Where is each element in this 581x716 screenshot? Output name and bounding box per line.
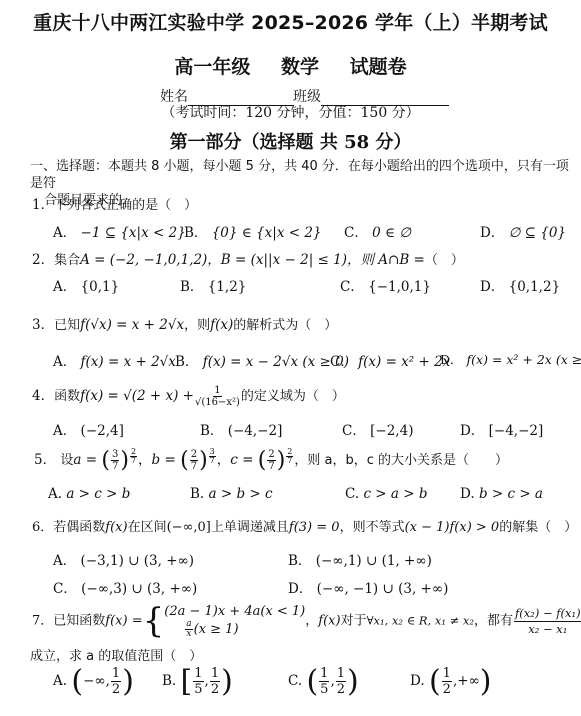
bracket-right: ) [221, 664, 233, 699]
question-text: ，则 [184, 318, 210, 333]
exam-title: 重庆十八中两江实验中学 2025–2026 学年（上）半期考试 [0, 8, 581, 35]
grade-label: 高一年级 [174, 56, 250, 78]
fraction: 12 [210, 666, 220, 697]
question-text: ，则 a，b，c 的大小关系是（ ） [294, 453, 508, 468]
fraction: 1√(16−x²) [195, 385, 240, 408]
question-number: 3． [32, 317, 54, 333]
question-text: 对于 [341, 614, 367, 629]
numerator: 3 [111, 449, 119, 461]
option-text: 0 ∈ ∅ [372, 225, 411, 241]
question-5-option-d[interactable]: D. b > c > a [460, 486, 543, 502]
question-number: 1． [32, 197, 54, 213]
c-base: 27 [267, 449, 275, 472]
question-text: 函数 [54, 389, 80, 404]
bracket-left: ( [71, 664, 83, 699]
question-1-stem: 1．下列各式正确的是（ ） [32, 193, 197, 213]
option-label: B． [288, 553, 311, 569]
denominator: 5 [194, 682, 202, 697]
numerator: 1 [210, 666, 220, 682]
option-label: A． [53, 423, 76, 439]
option-label: C． [330, 354, 354, 370]
question-7-option-b[interactable]: B. [15,12) [162, 664, 233, 699]
option-text: a > b > c [209, 486, 273, 502]
denominator: 2 [112, 682, 120, 697]
question-3-option-c[interactable]: C． f(x) = x² + 2x [330, 350, 450, 370]
answer-blank: （ ） [425, 253, 464, 268]
option-label: B． [200, 423, 223, 439]
option-text: {0,1} [81, 279, 120, 295]
question-number: 5． [34, 452, 56, 468]
option-label: C． [340, 279, 364, 295]
option-text: {−1,0,1} [368, 279, 431, 295]
option-text: −1 ⊆ {x|x < 2} [81, 225, 186, 241]
option-text: ∅ ⊆ {0} [509, 225, 566, 241]
question-text: ，都有 [474, 614, 513, 629]
denominator: 7 [191, 461, 197, 472]
question-6-option-a[interactable]: A． (−3,1) ∪ (3, +∞) [53, 549, 194, 569]
option-text: (−2,4] [81, 423, 124, 439]
bracket-left: ( [429, 664, 441, 699]
subject-label: 数学 [281, 56, 319, 78]
question-text: 下列各式正确的是（ ） [54, 198, 197, 213]
numerator: 1 [111, 666, 121, 682]
question-number: 7． [32, 614, 53, 629]
bracket-right: ) [480, 664, 492, 699]
question-6-option-b[interactable]: B． (−∞,1) ∪ (1, +∞) [288, 549, 432, 569]
bracket-left: ( [306, 664, 318, 699]
question-1-option-d[interactable]: D． ∅ ⊆ {0} [480, 221, 566, 241]
option-label: B. [162, 673, 176, 689]
question-1-option-a[interactable]: A． −1 ⊆ {x|x < 2} [53, 221, 186, 241]
piece-1: (2a − 1)x + 4a(x < 1) [164, 603, 305, 620]
option-text: (−∞,1) ∪ (1, +∞) [316, 553, 432, 569]
piece-2: ax(x ≥ 1) [164, 620, 305, 639]
option-text: f(x) = x² + 2x [358, 354, 450, 370]
option-label: A． [53, 225, 76, 241]
option-label: C. [288, 673, 302, 689]
option-text: −∞, [83, 673, 110, 689]
question-math: f(x) [105, 520, 127, 535]
difference-quotient: f(x₂) − f(x₁)x₂ − x₁ [514, 606, 581, 637]
question-math: f(√x) = x + 2√x [80, 317, 184, 333]
question-text: 在区间 [128, 520, 167, 535]
question-math: (x − 1)f(x) > 0 [405, 520, 500, 535]
question-text: 上单调递减且 [211, 520, 289, 535]
question-text: 已知函数 [53, 614, 105, 629]
question-4-stem: 4．函数f(x) = √(2 + x) +1√(16−x²)的定义域为（ ） [32, 384, 345, 408]
option-text: ,+∞ [453, 673, 480, 689]
denominator: 5 [320, 682, 328, 697]
denominator: 2 [337, 682, 345, 697]
question-text: ， [305, 614, 318, 629]
c-exponent: 27 [286, 448, 293, 465]
fraction: 12 [336, 666, 346, 697]
exam-subtitle: 高一年级 数学 试题卷 [0, 52, 581, 79]
option-label: D． [480, 225, 504, 241]
denominator: x [186, 630, 191, 639]
question-4-option-b[interactable]: B． (−4,−2] [200, 419, 282, 439]
question-6-option-d[interactable]: D． (−∞, −1) ∪ (3, +∞) [288, 577, 448, 597]
denominator: √(16−x²) [195, 397, 240, 408]
numerator: 1 [442, 666, 452, 682]
option-text: b > c > a [479, 486, 543, 502]
option-label: D. [460, 486, 475, 502]
question-math: f(3) = 0 [289, 520, 340, 535]
bracket-right: ) [347, 664, 359, 699]
question-7-option-c[interactable]: C. (15,12) [288, 664, 359, 699]
question-5-option-c[interactable]: C. c > a > b [345, 486, 427, 502]
a-base: 37 [111, 449, 119, 472]
denominator: 7 [268, 461, 274, 472]
option-label: D． [460, 423, 484, 439]
fraction: 12 [111, 666, 121, 697]
question-3-option-b[interactable]: B． f(x) = x − 2√x (x ≥ 0) [175, 350, 349, 370]
instruction-line-1: 一、选择题：本题共 8 小题，每小题 5 分，共 40 分．在每小题给出的四个选… [30, 159, 569, 191]
denominator: x₂ − x₁ [528, 622, 567, 637]
b-exponent: 37 [209, 448, 216, 465]
piecewise-cases: (2a − 1)x + 4a(x < 1)ax(x ≥ 1) [164, 603, 305, 639]
option-text: a > c > b [66, 486, 130, 502]
piece-condition: (x ≥ 1) [194, 622, 239, 637]
option-label: C． [53, 581, 77, 597]
question-math: A = (−2, −1,0,1,2)，B = (x||x − 2| ≤ 1)，则… [80, 252, 425, 268]
question-2-option-b[interactable]: B． {1,2} [180, 275, 246, 295]
denominator: 7 [287, 457, 292, 465]
denominator: 2 [443, 682, 451, 697]
fraction: 15 [193, 666, 203, 697]
option-label: C. [345, 486, 359, 502]
a-exponent: 27 [130, 448, 137, 465]
option-text: {0} ∈ {x|x < 2} [212, 225, 322, 241]
bracket-left: [ [181, 664, 193, 699]
option-label: A. [53, 673, 67, 689]
exam-info: （考试时间：120 分钟，分值：150 分） [0, 102, 581, 122]
question-6-stem: 6．若偶函数f(x)在区间(−∞,0]上单调递减且f(3) = 0，则不等式(x… [32, 516, 577, 535]
question-number: 4． [32, 388, 54, 404]
question-math: f(x) = [105, 614, 142, 629]
option-label: A． [53, 553, 76, 569]
option-label: B． [180, 279, 203, 295]
paper-label: 试题卷 [350, 56, 407, 78]
question-text: 设 [60, 453, 73, 468]
question-math: f(x) [210, 317, 233, 333]
question-3-stem: 3．已知f(√x) = x + 2√x，则f(x)的解析式为（ ） [32, 313, 337, 333]
option-label: A． [53, 279, 76, 295]
denominator: 7 [210, 457, 215, 465]
piecewise-brace: { [143, 601, 165, 641]
option-text: (−4,−2] [228, 423, 283, 439]
question-5-option-b[interactable]: B. a > b > c [190, 486, 273, 502]
option-label: B． [175, 354, 198, 370]
numerator: f(x₂) − f(x₁) [514, 606, 581, 622]
option-text: {0,1,2} [509, 279, 561, 295]
question-5-option-a[interactable]: A. a > c > b [48, 486, 130, 502]
question-2-option-d[interactable]: D． {0,1,2} [480, 275, 560, 295]
option-label: B． [184, 225, 207, 241]
option-text: f(x) = x − 2√x (x ≥ 0) [203, 354, 349, 370]
option-label: D． [288, 581, 312, 597]
fraction: 15 [319, 666, 329, 697]
question-4-option-a[interactable]: A． (−2,4] [53, 419, 124, 439]
option-text: (−∞, −1) ∪ (3, +∞) [317, 581, 449, 597]
denominator: 2 [211, 682, 219, 697]
option-text: (−∞,3) ∪ (3, +∞) [81, 581, 197, 597]
denominator: 7 [112, 461, 118, 472]
question-number: 6． [32, 520, 53, 535]
bracket-right: ) [122, 664, 134, 699]
option-text: f(x) = x + 2√x [81, 354, 176, 370]
section-title: 第一部分（选择题 共 58 分） [0, 128, 581, 154]
numerator: 1 [213, 385, 221, 397]
option-label: A. [48, 486, 62, 502]
question-math: f(x) [318, 614, 340, 629]
question-math: f(x) = √(2 + x) + [80, 388, 194, 404]
option-label: C． [344, 225, 368, 241]
numerator: 2 [267, 449, 275, 461]
option-label: B. [190, 486, 204, 502]
fraction: 12 [442, 666, 452, 697]
question-7-option-a[interactable]: A. (−∞,12) [53, 664, 134, 699]
option-label: A． [53, 354, 76, 370]
question-6-option-c[interactable]: C． (−∞,3) ∪ (3, +∞) [53, 577, 197, 597]
question-text: 的解集（ ） [499, 520, 577, 535]
option-text: (−3,1) ∪ (3, +∞) [81, 553, 194, 569]
option-text: c > a > b [363, 486, 427, 502]
question-2-option-c[interactable]: C． {−1,0,1} [340, 275, 431, 295]
question-1-option-c[interactable]: C． 0 ∈ ∅ [344, 221, 411, 241]
question-number: 2． [32, 252, 54, 268]
numerator: 2 [190, 449, 198, 461]
question-text: 已知 [54, 318, 80, 333]
option-text: [−4,−2] [489, 423, 544, 439]
option-label: D． [480, 279, 504, 295]
question-7-option-d[interactable]: D. (12,+∞) [410, 664, 492, 699]
question-2-stem: 2．集合A = (−2, −1,0,1,2)，B = (x||x − 2| ≤ … [32, 248, 464, 268]
question-3-option-d[interactable]: D． f(x) = x² + 2x (x ≥ 0) [440, 350, 581, 368]
question-3-option-a[interactable]: A． f(x) = x + 2√x [53, 350, 176, 370]
question-text: 的解析式为（ ） [233, 318, 337, 333]
question-4-option-d[interactable]: D． [−4,−2] [460, 419, 543, 439]
question-text: ，则不等式 [340, 520, 405, 535]
option-text: f(x) = x² + 2x (x ≥ 0) [467, 352, 581, 367]
option-text: [−2,4) [370, 423, 413, 439]
question-5-stem: 5． 设a = (37)27，b = (27)37，c = (27)27，则 a… [34, 448, 508, 473]
numerator: 1 [319, 666, 329, 682]
numerator: 1 [193, 666, 203, 682]
question-7-stem: 7．已知函数f(x) ={(2a − 1)x + 4a(x < 1)ax(x ≥… [32, 603, 581, 639]
question-2-option-a[interactable]: A． {0,1} [53, 275, 119, 295]
question-math: (−∞,0] [167, 520, 211, 535]
question-4-option-c[interactable]: C． [−2,4) [342, 419, 413, 439]
question-text: 若偶函数 [53, 520, 105, 535]
question-text: 的定义域为（ ） [241, 389, 345, 404]
question-1-option-b[interactable]: B． {0} ∈ {x|x < 2} [184, 221, 322, 241]
b-base: 27 [190, 449, 198, 472]
option-label: D． [440, 352, 463, 367]
question-math: ∀x₁, x₂ ∈ R, x₁ ≠ x₂ [367, 614, 474, 628]
option-label: D. [410, 673, 425, 689]
option-label: C． [342, 423, 366, 439]
option-text: {1,2} [208, 279, 247, 295]
numerator: 1 [336, 666, 346, 682]
question-text: 成立，求 a 的取值范围（ ） [30, 649, 202, 664]
denominator: 7 [131, 457, 136, 465]
question-text: 集合 [54, 253, 80, 268]
question-7-stem-line2: 成立，求 a 的取值范围（ ） [30, 645, 202, 664]
